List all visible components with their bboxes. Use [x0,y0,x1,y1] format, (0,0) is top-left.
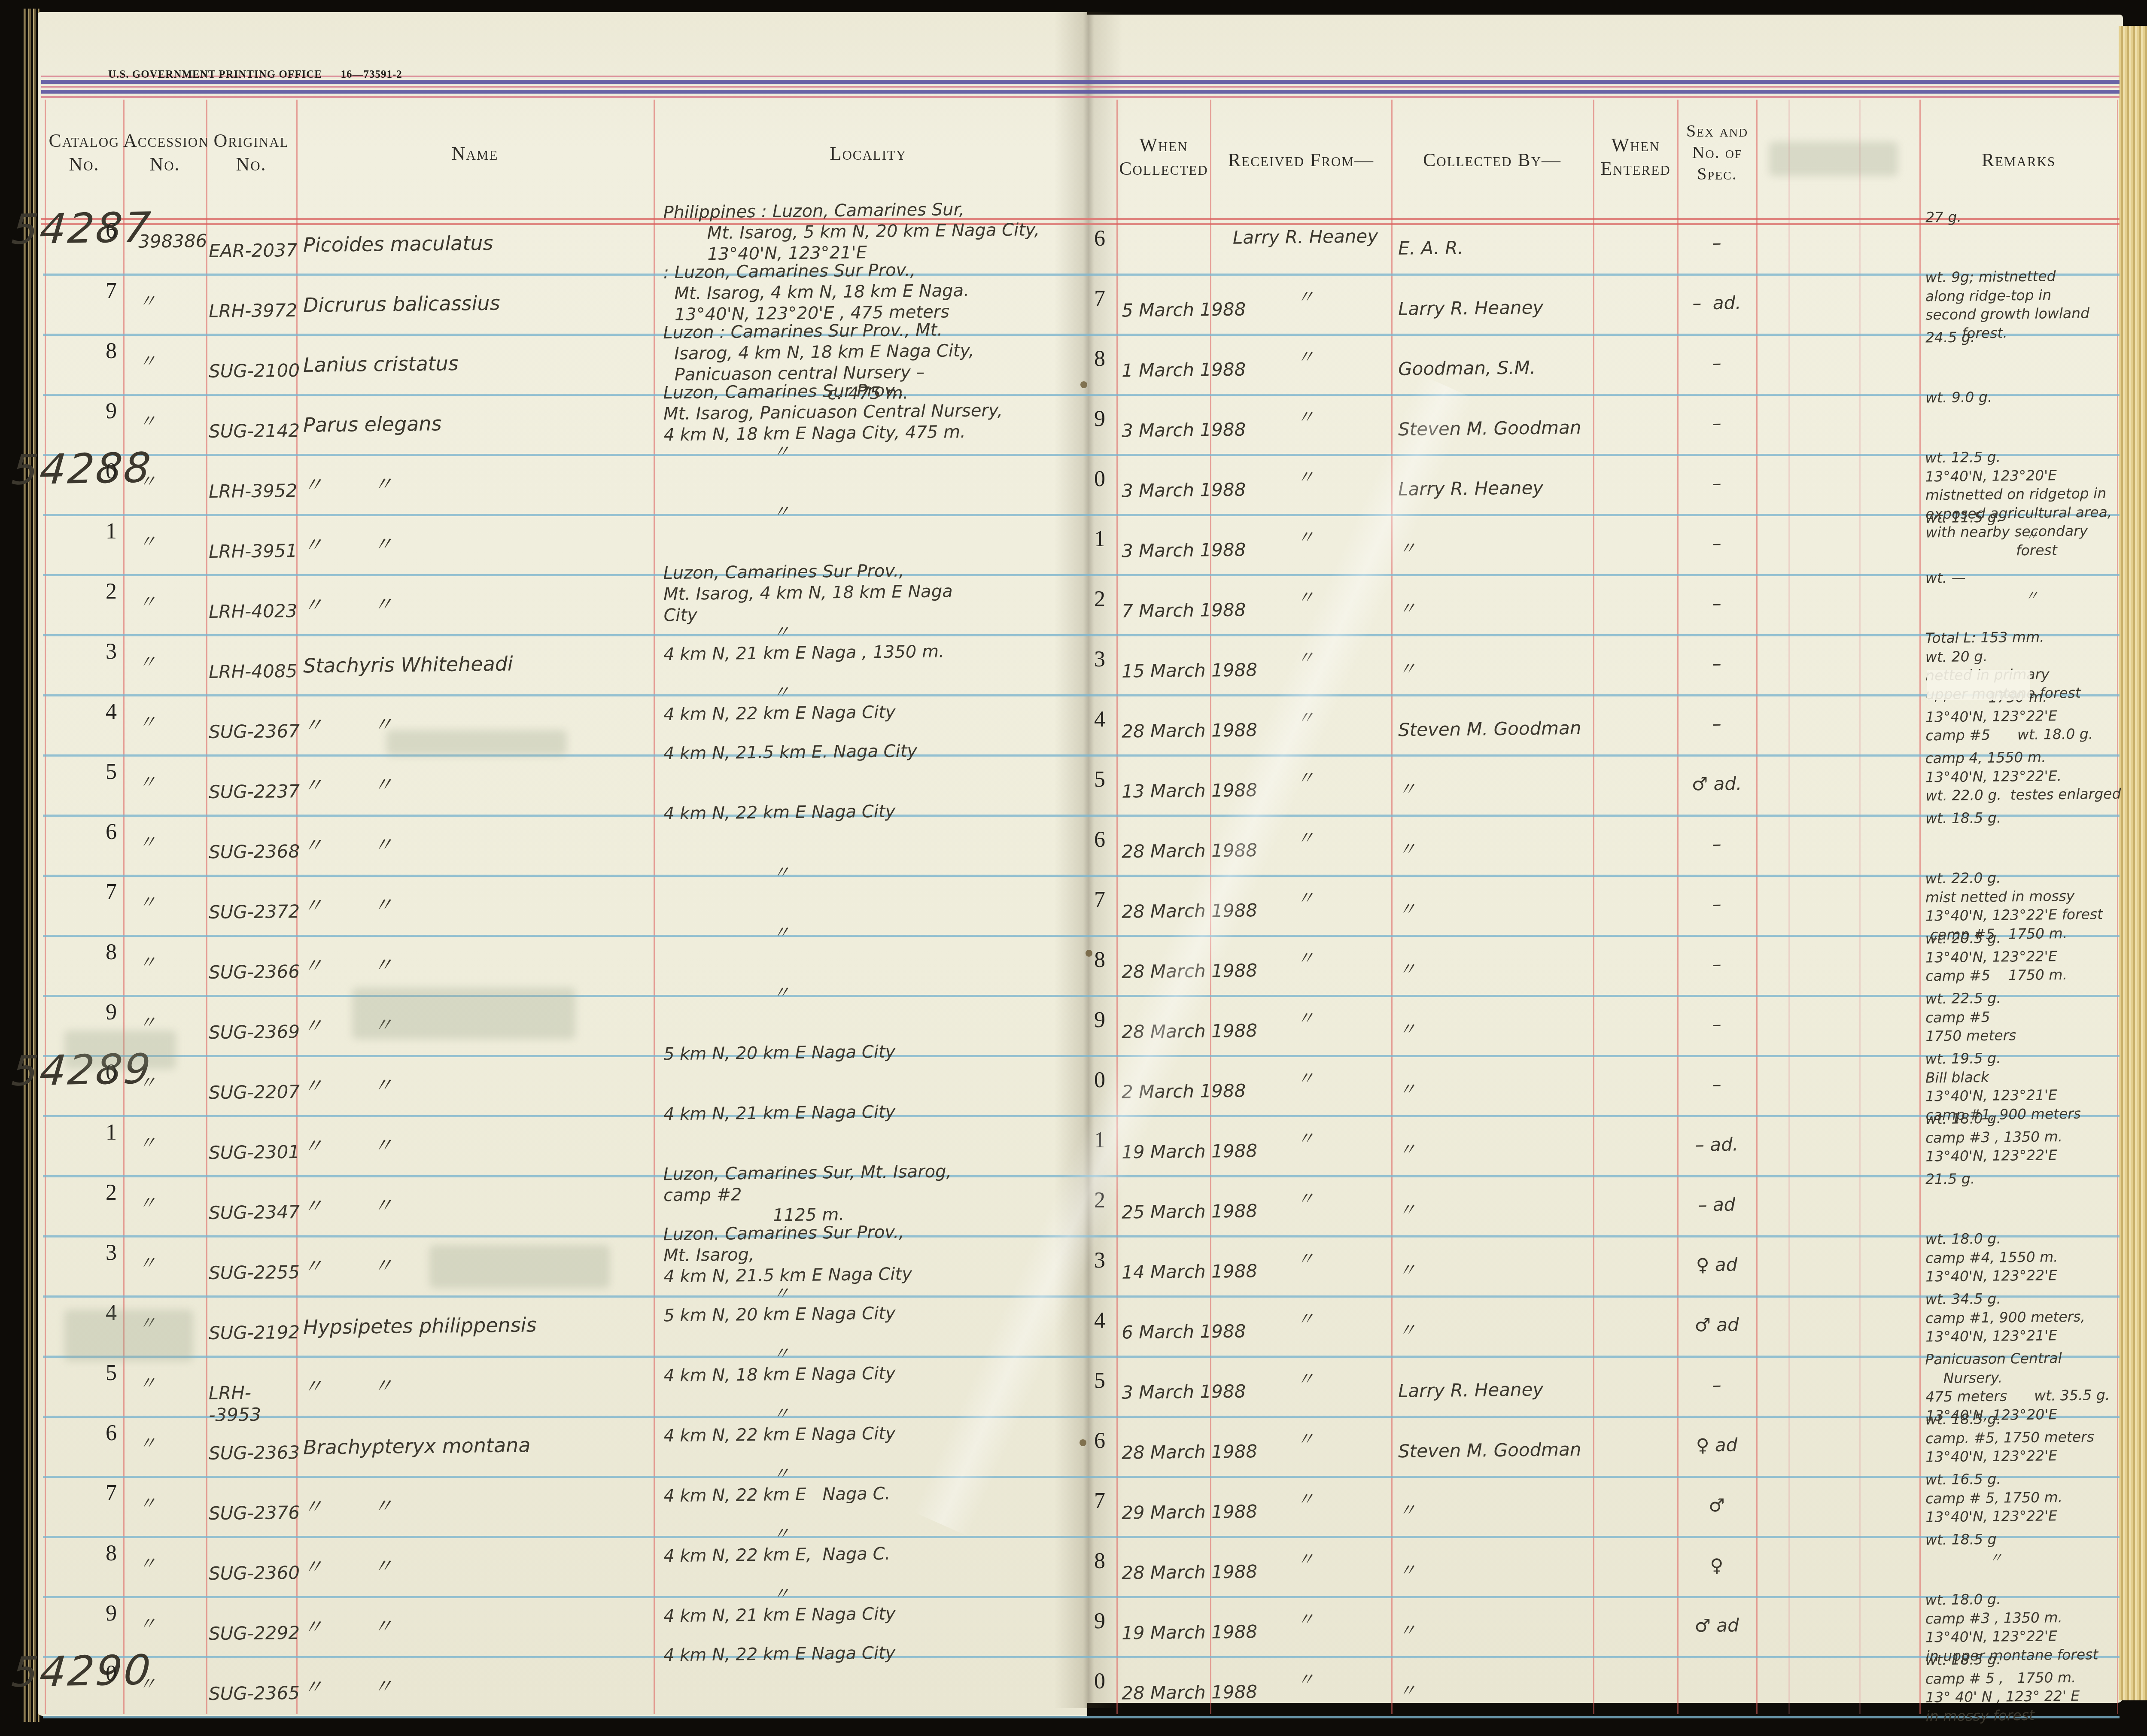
original-number: SUG-2372 [209,900,300,923]
species-name: Lanius cristatus [303,351,459,377]
remarks: wt. 18.5 g 〃 [1925,1529,2128,1568]
printed-row-digit-right: 5 [1094,1368,1105,1393]
remarks: wt. 34.5 g. camp #1, 900 meters, 13°40'N… [1925,1288,2127,1347]
species-name: 〃 〃 [303,833,393,857]
col-header-sex: Sex and No. of Spec. [1677,120,1757,185]
col-header-received-from: Received From— [1210,148,1392,172]
accession-number: 〃 [138,350,157,373]
received-from: 〃 [1219,1427,1392,1451]
accession-number: 〃 [138,891,157,914]
correction-patch [1927,670,2030,700]
accession-number: 〃 [138,591,157,613]
printed-row-digit: 7 [106,1481,117,1506]
col-header-accession: Accession No. [123,129,207,176]
printed-row-digit: 6 [106,218,117,243]
bleedthrough-smudge [429,1245,610,1288]
original-number: SUG-2366 [209,961,300,983]
species-name: 〃 〃 [303,893,393,918]
sex-and-number: – ad [1678,1193,1756,1216]
original-number: LRH-3972 [209,299,298,322]
printed-row-digit-right: 9 [1094,1007,1105,1033]
sex-and-number: – [1678,833,1756,855]
locality: 〃 [663,499,1097,524]
species-name: 〃 〃 [303,1374,393,1399]
sex-and-number: – [1678,231,1756,254]
locality: 〃 4 km N, 22 km E Naga City [663,1400,1098,1447]
printed-row-digit: 8 [106,939,117,965]
remarks: 21.5 g. [1925,1168,2127,1189]
col-header-locality: Locality [654,142,1083,165]
printed-row-digit: 0 [106,1661,117,1686]
sex-and-number: – [1678,352,1756,374]
printed-row-digit-right: 9 [1094,406,1105,432]
locality: Luzon, Camarines Sur Prov., Mt. Isarog, … [663,559,1097,626]
species-name: 〃 〃 [303,712,393,737]
accession-number: 〃 [138,952,157,974]
species-name: 〃 〃 [303,953,393,978]
sex-and-number: ♂ ad [1678,1313,1756,1336]
received-from: 〃 [1219,1608,1392,1631]
printed-row-digit-right: 8 [1094,947,1105,973]
received-from: 〃 [1219,946,1392,970]
original-number: LRH-4023 [209,600,298,623]
collected-by: 〃 [1398,1259,1417,1281]
accession-number: 398386 [138,230,207,252]
received-from: Larry R. Heaney [1219,225,1392,249]
locality: 〃 4 km N, 22 km E Naga C. [663,1460,1098,1507]
sex-and-number: – [1678,412,1756,435]
locality: 4 km N, 22 km E Naga City [663,1641,1097,1666]
original-number: SUG-2301 [209,1141,300,1164]
binding-hole [1080,1439,1086,1446]
received-from: 〃 [1219,405,1392,429]
received-from: 〃 [1219,1067,1392,1090]
printed-row-digit: 6 [106,819,117,845]
col-header-name: Name [296,142,654,165]
printed-row-digit: 9 [106,1601,117,1626]
printed-row-digit: 7 [106,278,117,304]
header-rule [41,90,2120,94]
sex-and-number: ♂ ad. [1678,772,1756,795]
catalog-number: 54290 [10,1645,154,1698]
sex-and-number: – [1678,532,1756,555]
sex-and-number: – [1678,1374,1756,1396]
locality: 4 km N, 21.5 km E. Naga City [663,739,1097,764]
original-number: SUG-2100 [209,359,300,382]
printed-row-digit-right: 6 [1094,226,1105,251]
col-header-catalog: Catalog No. [45,129,124,176]
printed-row-digit: 3 [106,639,117,664]
accession-number: 〃 [138,1432,157,1455]
original-number: SUG-2368 [209,840,300,863]
collected-by: 〃 [1398,1499,1417,1522]
printed-row-digit-right: 0 [1094,1669,1105,1694]
printed-row-digit-right: 2 [1094,587,1105,612]
received-from: 〃 [1219,1307,1392,1331]
collected-by: Larry R. Heaney [1398,296,1544,320]
original-number: SUG-2365 [209,1682,300,1705]
accession-number: 〃 [138,1553,157,1575]
printed-row-digit-right: 8 [1094,346,1105,371]
printed-row-digit-right: 1 [1094,526,1105,552]
collected-by: 〃 [1398,1319,1417,1341]
species-name: 〃 〃 [303,1554,393,1579]
sex-and-number: – [1678,893,1756,915]
original-number: EAR-2037 [209,239,298,262]
col-header-when-collected: When Collected [1116,133,1211,180]
species-name: 〃 〃 [303,1674,393,1699]
accession-number: 〃 [138,290,157,313]
original-number: LRH-4085 [209,660,298,683]
accession-number: 〃 [138,651,157,673]
collected-by: 〃 [1398,1018,1417,1041]
accession-number: 〃 [138,1192,157,1214]
locality: 〃 [663,919,1097,945]
remarks: wt. 16.5 g. camp # 5, 1750 m. 13°40'N, 1… [1925,1468,2127,1527]
received-from: 〃 [1219,1127,1392,1150]
collected-by: 〃 [1398,1199,1417,1221]
printed-row-digit: 9 [106,398,117,424]
collected-by: Steven M. Goodman [1398,717,1581,741]
remarks: wt. 20.5 g. 13°40'N, 123°22'E camp #5 17… [1925,927,2127,986]
accession-number: 〃 [138,410,157,433]
original-number: SUG-2292 [209,1622,300,1645]
accession-number: 〃 [138,1372,157,1395]
printed-row-digit: 9 [106,1000,117,1025]
sex-and-number [1678,1674,1755,1675]
species-name: Brachypteryx montana [303,1433,531,1459]
printed-row-digit-right: 6 [1094,827,1105,852]
received-from: 〃 [1219,1367,1392,1391]
printed-row-digit: 5 [106,1360,117,1386]
collected-by: 〃 [1398,598,1417,620]
printed-row-digit-right: 4 [1094,1308,1105,1333]
species-name: Hypsipetes philippensis [303,1313,537,1339]
original-number: SUG-2369 [209,1021,300,1043]
sex-and-number: – [1678,1013,1756,1036]
accession-number: 〃 [138,1072,157,1094]
catalog-number: 54287 [10,202,154,255]
locality: : Luzon, Camarines Sur Prov., Mt. Isarog… [663,258,1097,325]
species-name: Parus elegans [303,411,442,437]
accession-number: 〃 [138,531,157,553]
original-number: SUG-2192 [209,1321,300,1344]
accession-number: 〃 [138,471,157,493]
remarks: wt. 18.0 g. camp #3 , 1350 m. 13°40'N, 1… [1925,1108,2127,1166]
catalog-number: 54288 [10,443,154,496]
locality: 〃 [663,979,1097,1005]
species-name: 〃 〃 [303,1494,393,1519]
received-from: 〃 [1219,1006,1392,1030]
locality: 〃 [663,438,1097,464]
locality: 〃 4 km N, 22 km E Naga City [663,679,1098,725]
collected-by: 〃 [1398,1139,1417,1161]
original-number: SUG-2367 [209,720,300,743]
locality: Philippines : Luzon, Camarines Sur, Mt. … [663,198,1097,265]
sex-and-number: ♂ ad [1678,1614,1756,1637]
printed-row-digit: 4 [106,699,117,724]
remarks: wt. — 〃 [1925,567,2128,606]
locality: 〃 4 km N, 21 km E Naga , 1350 m. [663,619,1098,665]
species-name: Picoides maculatus [303,231,493,257]
printed-row-digit-right: 7 [1094,286,1105,311]
species-name: 〃 〃 [303,532,393,557]
collected-by: 〃 [1398,898,1417,921]
collected-by: 〃 [1398,1620,1417,1642]
accession-number: 〃 [138,711,157,733]
accession-number: 〃 [138,1132,157,1154]
original-number: SUG-2360 [209,1562,300,1584]
printed-row-digit: 7 [106,879,117,905]
sex-and-number: – [1678,592,1756,615]
original-number: SUG-2142 [209,420,300,442]
accession-number: 〃 [138,771,157,794]
accession-number: 〃 [138,1673,157,1695]
sex-and-number: ♀ ad [1678,1434,1756,1456]
binding-hole [1080,381,1087,388]
remarks: camp 4, 1550 m. 13°40'N, 123°22'E. wt. 2… [1925,747,2127,806]
printed-row-digit: 1 [106,519,117,544]
printed-row-digit-right: 7 [1094,887,1105,912]
original-number: SUG-2207 [209,1081,300,1104]
original-number: SUG-2237 [209,780,300,803]
collected-by: 〃 [1398,778,1417,800]
binding-hole [1086,950,1092,957]
species-name: 〃 〃 [303,1253,393,1278]
species-name: 〃 〃 [303,472,393,497]
sex-and-number: ♂ [1678,1494,1756,1517]
received-from: 〃 [1219,1187,1392,1210]
printed-row-digit: 2 [106,1180,117,1205]
accession-number: 〃 [138,1613,157,1635]
locality: 〃 [663,859,1097,885]
printed-row-digit-right: 9 [1094,1608,1105,1634]
species-name: Dicrurus balicassius [303,291,500,317]
species-name: 〃 〃 [303,1073,393,1098]
header-rule [41,96,2120,98]
collected-by: E. A. R. [1398,237,1464,259]
species-name: 〃 〃 [303,592,393,617]
collected-by: 〃 [1398,1079,1417,1101]
locality: 〃 4 km N, 21 km E Naga City [663,1581,1098,1627]
remarks: wt. 11.5 g. 〃 [1925,507,2128,546]
original-number: LRH-3951 [209,540,298,562]
remarks: wt. 18.5 g. [1925,807,2127,828]
col-header-original: Original No. [206,129,296,176]
original-number: SUG-2347 [209,1201,300,1224]
received-from: 〃 [1219,1548,1392,1571]
sex-and-number: – ad. [1678,292,1756,314]
collected-by: 〃 [1398,958,1417,981]
printed-row-digit: 3 [106,1240,117,1265]
printed-row-digit: 0 [106,459,117,484]
sex-and-number: ♀ ad [1678,1253,1756,1276]
species-name: 〃 〃 [303,1193,393,1218]
printed-row-digit-right: 6 [1094,1428,1105,1453]
received-from: 〃 [1219,345,1392,369]
collected-by: 〃 [1398,838,1417,860]
col-header-when-entered: When Entered [1593,133,1678,180]
locality: Luzon, Camarines Sur Prov., Mt. Isarog, … [663,378,1097,446]
sex-and-number: – ad. [1678,1133,1756,1156]
sex-and-number: – [1678,953,1756,976]
remarks: wt. 18.0 g. camp #4, 1550 m. 13°40'N, 12… [1925,1228,2127,1286]
original-number: SUG-2255 [209,1261,300,1284]
sex-and-number: – [1678,472,1756,495]
remarks: wt. 9.0 g. [1925,386,2127,407]
accession-number: 〃 [138,831,157,854]
table-row: 54290 0 〃 SUG-2365 〃 〃 4 km N, 22 km E N… [0,1657,2147,1718]
locality: 4 km N, 22 km E Naga City [663,799,1097,824]
collected-by: 〃 [1398,658,1417,680]
printed-row-digit: 5 [106,759,117,784]
collected-by: Steven M. Goodman [1398,1438,1581,1462]
printed-row-digit-right: 7 [1094,1488,1105,1514]
received-from: 〃 [1219,285,1392,309]
printed-row-digit-right: 3 [1094,1248,1105,1273]
species-name: 〃 〃 [303,1133,393,1158]
species-name: 〃 〃 [303,772,393,797]
sex-and-number: – [1678,652,1756,675]
col-header-remarks: Remarks [1919,148,2118,172]
bleedthrough-smudge [386,730,567,756]
sex-and-number: – [1678,712,1756,735]
species-name: 〃 〃 [303,1614,393,1639]
remarks: wt. 18.5 g. camp # 5 , 1750 m. 13° 40' N… [1925,1649,2128,1726]
printed-row-digit-right: 8 [1094,1548,1105,1574]
sex-and-number: ♀ [1678,1554,1756,1577]
received-from: 〃 [1219,1247,1392,1271]
printed-row-digit-right: 0 [1094,466,1105,492]
printed-row-digit: 8 [106,1541,117,1566]
collected-by: 〃 [1398,1560,1417,1582]
locality: 5 km N, 20 km E Naga City [663,1040,1097,1065]
bleedthrough-smudge [352,988,575,1039]
printed-row-digit-right: 5 [1094,767,1105,792]
received-from: 〃 [1219,1487,1392,1511]
locality: Luzon, Camarines Sur, Mt. Isarog, camp #… [663,1160,1097,1227]
col-header-collected-by: Collected By— [1391,148,1593,172]
accession-number: 〃 [138,1252,157,1274]
collected-by: 〃 [1398,1680,1417,1702]
original-number: LRH-3952 [209,480,298,502]
printed-row-digit: 8 [106,338,117,364]
header-rule [41,86,2120,88]
original-number: SUG-2376 [209,1502,300,1524]
printed-row-digit: 1 [106,1120,117,1145]
received-from: 〃 [1219,465,1392,489]
remarks: wt. 18.5 g. camp. #5, 1750 meters 13°40'… [1925,1408,2127,1467]
sex-and-number: – [1678,1073,1756,1096]
printed-row-digit-right: 3 [1094,647,1105,672]
bleedthrough-smudge [1769,142,1898,176]
locality: 〃 4 km N, 22 km E, Naga C. [663,1520,1098,1567]
ledger-scan: U.S. GOVERNMENT PRINTING OFFICE 16—73591… [0,0,2147,1736]
printed-row-digit: 2 [106,579,117,604]
printer-imprint: U.S. GOVERNMENT PRINTING OFFICE 16—73591… [108,69,402,81]
locality: 4 km N, 21 km E Naga City [663,1100,1097,1125]
printed-row-digit-right: 4 [1094,707,1105,732]
remarks: wt. 22.5 g. camp #5 1750 meters [1925,988,2127,1046]
bleedthrough-smudge [64,1031,176,1069]
accession-number: 〃 [138,1493,157,1515]
collected-by: Larry R. Heaney [1398,1378,1544,1402]
bleedthrough-smudge [64,1310,193,1361]
remarks: 24.5 g. [1925,326,2127,347]
species-name: Stachyris Whiteheadi [303,651,513,678]
original-number: SUG-2363 [209,1441,300,1464]
received-from: 〃 [1219,1668,1392,1691]
printed-row-digit: 6 [106,1420,117,1446]
remarks: 27 g. [1925,206,2127,227]
